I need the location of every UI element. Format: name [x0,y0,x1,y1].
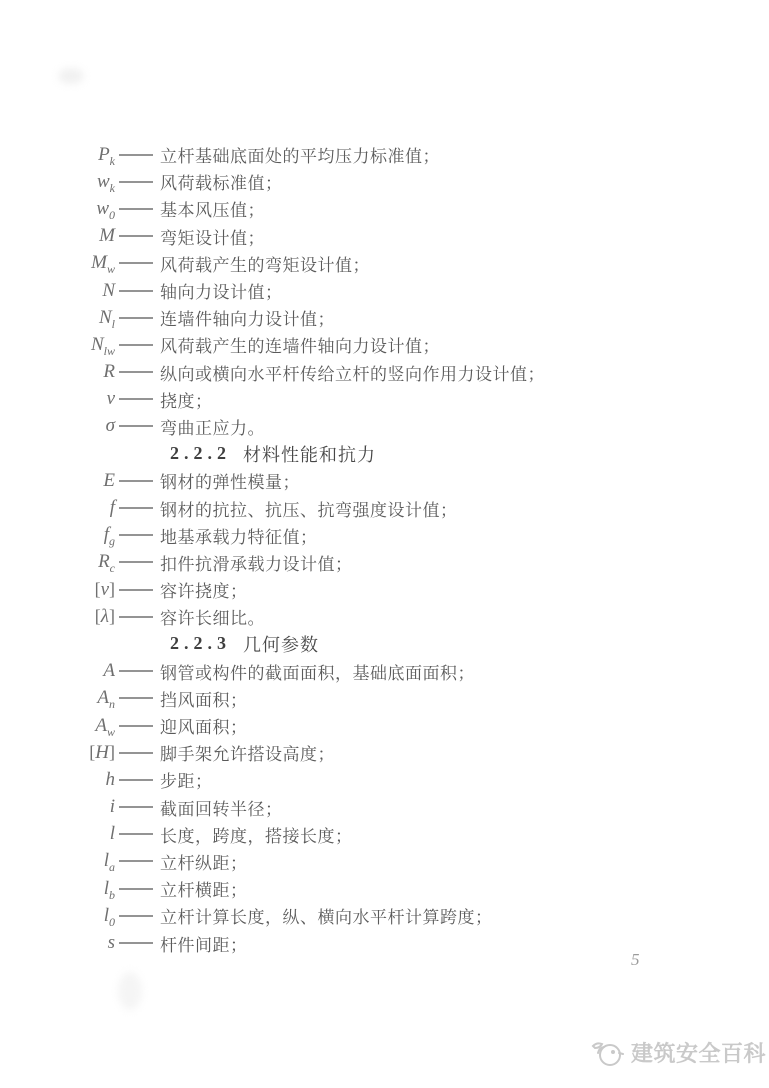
definition-text: 风荷载产生的连墙件轴向力设计值； [160,332,440,357]
symbol-subscript: lw [104,344,115,358]
symbol-definition-row: Aw迎风面积； [0,712,769,739]
symbol-definition-row: M弯矩设计值； [0,223,769,250]
symbol-base: i [110,796,115,817]
definition-dash [119,371,153,373]
close-bracket: ] [109,579,115,599]
symbol-cell: i [0,796,115,818]
symbol-definition-row: Nl连墙件轴向力设计值； [0,304,769,331]
symbol-subscript: w [107,262,115,276]
symbol-cell: wk [0,171,115,193]
symbol-definition-row: h步距； [0,766,769,793]
definition-dash [119,235,153,237]
symbol-definition-row: fg地基承载力特征值； [0,522,769,549]
symbol-definition-row: Nlw风荷载产生的连墙件轴向力设计值； [0,331,769,358]
symbol-subscript: c [110,561,115,575]
definition-text: 容许长细比。 [160,604,265,629]
definition-text: 立杆计算长度，纵、横向水平杆计算跨度； [160,903,493,928]
symbol-subscript: g [109,534,115,548]
definition-text: 立杆横距； [160,876,248,901]
definition-dash [119,317,153,319]
symbol-subscript: l [112,317,115,331]
symbol-base: w [96,198,109,219]
symbol-definition-row: w0基本风压值； [0,195,769,222]
definition-dash [119,888,153,890]
definition-dash [119,725,153,727]
definition-text: 挡风面积； [160,686,248,711]
symbol-base: s [108,932,115,953]
definition-text: 容许挠度； [160,577,248,602]
symbol-definition-row: Pk立杆基础底面处的平均压力标准值； [0,141,769,168]
symbol-definition-row: An挡风面积； [0,685,769,712]
definition-dash [119,616,153,618]
symbol-definition-row: f钢材的抗拉、抗压、抗弯强度设计值； [0,494,769,521]
symbol-base: w [97,171,110,192]
definition-text: 立杆基础底面处的平均压力标准值； [160,142,440,167]
symbol-definition-row: l长度，跨度，搭接长度； [0,821,769,848]
section-title: 几何参数 [243,631,319,657]
symbol-definition-row: lb立杆横距； [0,875,769,902]
symbol-base: A [97,687,109,708]
symbol-definition-row: l0立杆计算长度，纵、横向水平杆计算跨度； [0,902,769,929]
definition-dash [119,290,153,292]
definition-dash [119,507,153,509]
symbol-cell: Rc [0,551,115,573]
symbol-cell: l0 [0,905,115,927]
symbol-base: N [91,334,104,355]
definition-text: 扣件抗滑承载力设计值； [160,550,353,575]
symbol-definition-row: Mw风荷载产生的弯矩设计值； [0,250,769,277]
symbol-cell: la [0,850,115,872]
symbol-definition-row: v挠度； [0,386,769,413]
symbol-subscript: k [110,153,115,167]
document-page: Pk立杆基础底面处的平均压力标准值；wk风荷载标准值；w0基本风压值；M弯矩设计… [0,0,769,1088]
section-title: 材料性能和抗力 [243,441,376,467]
definition-text: 纵向或横向水平杆传给立杆的竖向作用力设计值； [160,360,545,385]
symbol-base: E [103,470,115,491]
symbol-cell: An [0,687,115,709]
definition-dash [119,208,153,210]
symbol-base: M [91,252,107,273]
definition-dash [119,806,153,808]
symbol-base: N [102,280,115,301]
section-heading: 2.2.3几何参数 [0,630,769,657]
symbol-cell: [λ] [0,606,115,628]
section-heading: 2.2.2材料性能和抗力 [0,440,769,467]
symbol-cell: Mw [0,252,115,274]
symbol-base: R [98,551,110,572]
symbol-base: l [110,823,115,844]
symbol-definition-row: i截面回转半径； [0,794,769,821]
symbol-cell: l [0,823,115,845]
symbol-definition-row: [H]脚手架允许搭设高度； [0,739,769,766]
symbol-definition-row: R纵向或横向水平杆传给立杆的竖向作用力设计值； [0,359,769,386]
definition-dash [119,670,153,672]
definition-dash [119,833,153,835]
symbol-definition-row: wk风荷载标准值； [0,168,769,195]
symbol-definition-row: s杆件间距； [0,929,769,956]
scan-smudge [118,972,142,1010]
symbol-cell: A [0,660,115,682]
symbol-definition-row: σ弯曲正应力。 [0,413,769,440]
symbol-subscript: w [107,724,115,738]
section-number: 2.2.2 [170,443,231,464]
definition-text: 地基承载力特征值； [160,523,318,548]
symbol-subscript: k [110,181,115,195]
definition-dash [119,534,153,536]
symbol-cell: v [0,388,115,410]
close-bracket: ] [109,606,115,626]
symbol-cell: f [0,497,115,519]
symbol-base: λ [101,606,109,627]
symbol-cell: fg [0,524,115,546]
symbol-definition-row: [λ]容许长细比。 [0,603,769,630]
definition-text: 风荷载标准值； [160,169,283,194]
definition-text: 弯曲正应力。 [160,414,265,439]
definition-dash [119,561,153,563]
definition-dash [119,262,153,264]
close-bracket: ] [109,742,115,762]
page-number: 5 [631,950,640,970]
definition-dash [119,344,153,346]
definition-dash [119,589,153,591]
symbol-cell: Aw [0,715,115,737]
symbol-cell: M [0,225,115,247]
symbol-subscript: 0 [109,208,115,222]
definition-text: 弯矩设计值； [160,224,265,249]
symbol-cell: lb [0,878,115,900]
brand-watermark-text: 建筑安全百科 [631,1037,766,1068]
symbol-cell: [H] [0,742,115,764]
symbol-subscript: 0 [109,915,115,929]
section-number: 2.2.3 [170,633,231,654]
bird-chick-icon [590,1036,624,1068]
symbol-base: H [95,742,109,763]
definition-text: 立杆纵距； [160,849,248,874]
definition-text: 连墙件轴向力设计值； [160,305,335,330]
definition-dash [119,915,153,917]
definition-dash [119,181,153,183]
symbol-base: R [103,361,115,382]
definition-dash [119,425,153,427]
symbol-rows: Pk立杆基础底面处的平均压力标准值；wk风荷载标准值；w0基本风压值；M弯矩设计… [0,141,769,957]
definition-text: 钢管或构件的截面面积，基础底面面积； [160,659,475,684]
definition-text: 迎风面积； [160,713,248,738]
definition-text: 步距； [160,767,213,792]
definition-text: 截面回转半径； [160,795,283,820]
symbol-base: M [99,225,115,246]
scan-smudge [58,68,84,84]
definition-text: 挠度； [160,387,213,412]
symbol-cell: h [0,769,115,791]
symbol-subscript: n [109,697,115,711]
symbol-base: A [103,660,115,681]
definition-dash [119,398,153,400]
definition-dash [119,154,153,156]
definition-text: 长度，跨度，搭接长度； [160,822,353,847]
symbol-base: σ [106,415,115,436]
symbol-cell: Nlw [0,334,115,356]
definition-text: 基本风压值； [160,196,265,221]
symbol-cell: [v] [0,579,115,601]
symbol-base: P [98,144,110,165]
symbol-cell: Pk [0,144,115,166]
symbol-cell: N [0,280,115,302]
definition-text: 钢材的弹性模量； [160,468,300,493]
symbol-cell: Nl [0,307,115,329]
symbol-cell: s [0,932,115,954]
symbol-base: f [110,497,115,518]
symbol-base: A [95,715,107,736]
definition-text: 钢材的抗拉、抗压、抗弯强度设计值； [160,496,458,521]
symbol-cell: w0 [0,198,115,220]
symbol-subscript: b [109,887,115,901]
symbol-base: N [99,307,112,328]
definition-dash [119,942,153,944]
brand-watermark: 建筑安全百科 [590,1036,766,1068]
definition-text: 轴向力设计值； [160,278,283,303]
symbol-definition-row: N轴向力设计值； [0,277,769,304]
definition-dash [119,480,153,482]
symbol-subscript: a [109,860,115,874]
symbol-cell: σ [0,415,115,437]
symbol-base: h [106,769,116,790]
definition-dash [119,860,153,862]
symbol-base: v [101,579,109,600]
symbol-definition-row: A钢管或构件的截面面积，基础底面面积； [0,658,769,685]
definition-text: 脚手架允许搭设高度； [160,740,335,765]
definition-text: 风荷载产生的弯矩设计值； [160,251,370,276]
symbol-definition-row: la立杆纵距； [0,848,769,875]
symbol-definition-row: E钢材的弹性模量； [0,467,769,494]
definition-text: 杆件间距； [160,931,248,956]
symbol-definition-row: [v]容许挠度； [0,576,769,603]
symbol-base: v [107,388,115,409]
symbol-cell: E [0,470,115,492]
definition-dash [119,697,153,699]
symbol-cell: R [0,361,115,383]
definition-dash [119,779,153,781]
symbol-definition-row: Rc扣件抗滑承载力设计值； [0,549,769,576]
definition-dash [119,752,153,754]
